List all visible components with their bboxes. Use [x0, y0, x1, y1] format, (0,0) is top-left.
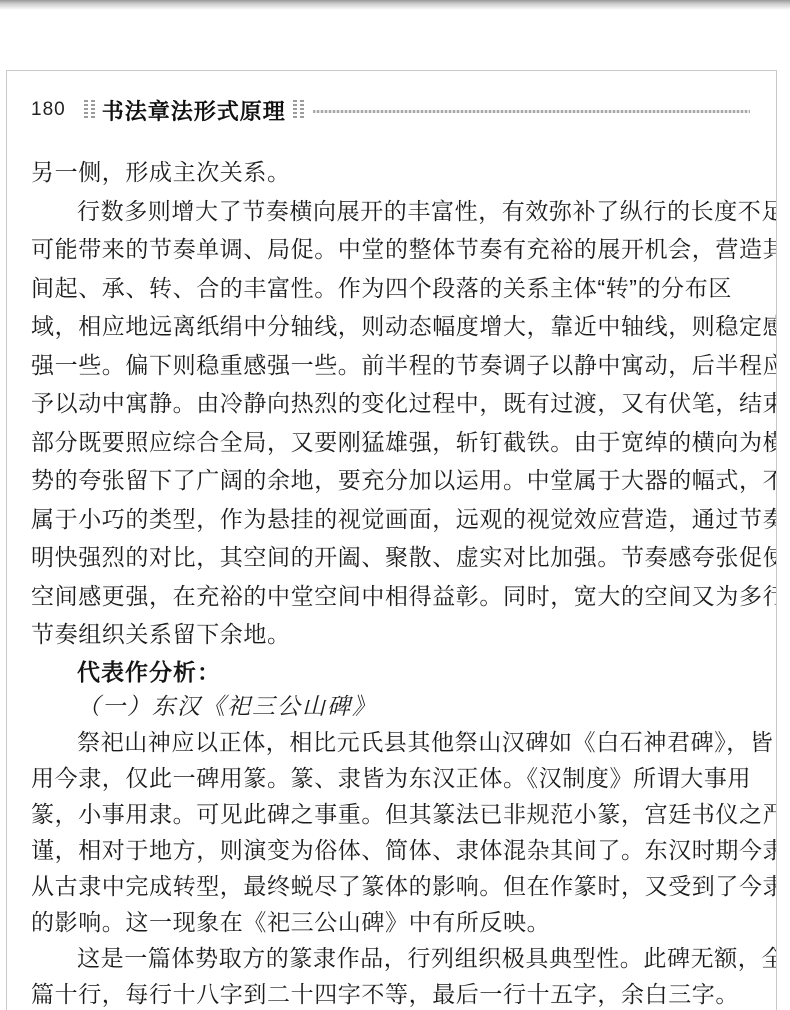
text-line: 明快强烈的对比，其空间的开阖、聚散、虚实对比加强。节奏感夸张促使 [31, 538, 763, 577]
section-heading: 代表作分析： [31, 654, 763, 690]
ornament-strip [84, 100, 88, 120]
text-line: 用今隶，仅此一碑用篆。篆、隶皆为东汉正体。《汉制度》所谓大事用 [31, 760, 763, 796]
text-line: 部分既要照应综合全局，又要刚猛雄强，斩钉截铁。由于宽绰的横向为横 [31, 423, 763, 462]
paragraph: 行数多则增大了节奏横向展开的丰富性，有效弥补了纵行的长度不足 可能带来的节奏单调… [31, 192, 763, 654]
text-line: 间起、承、转、合的丰富性。作为四个段落的关系主体“转”的分布区 [31, 269, 763, 308]
text-line: 从古隶中完成转型，最终蜕尽了篆体的影响。但在作篆时，又受到了今隶 [31, 868, 763, 904]
book-title: 书法章法形式原理 [102, 95, 286, 126]
ornament-strip [293, 100, 297, 120]
text-line: 可能带来的节奏单调、局促。中堂的整体节奏有充裕的展开机会，营造其 [31, 230, 763, 269]
ornament-strip [91, 100, 95, 120]
text-line: 这是一篇体势取方的篆隶作品，行列组织极具典型性。此碑无额，全 [31, 940, 763, 976]
paragraph: 另一侧，形成主次关系。 [31, 153, 763, 192]
text-line: 另一侧，形成主次关系。 [31, 153, 763, 192]
ornament-bars-icon [293, 100, 304, 120]
text-line: 篆，小事用隶。可见此碑之事重。但其篆法已非规范小篆，宫廷书仪之严 [31, 796, 763, 832]
page-header: 180 书法章法形式原理 [7, 97, 776, 123]
page-top-shadow [0, 0, 790, 10]
ornament-strip [300, 100, 304, 120]
text-line: 空间感更强，在充裕的中堂空间中相得益彰。同时，宽大的空间又为多行 [31, 577, 763, 616]
text-line: 节奏组织关系留下余地。 [31, 615, 763, 654]
page-number: 180 [31, 99, 66, 121]
text-line: 祭祀山神应以正体，相比元氏县其他祭山汉碑如《白石神君碑》，皆 [31, 724, 763, 760]
ornament-bars-icon [84, 100, 95, 120]
paragraph: 祭祀山神应以正体，相比元氏县其他祭山汉碑如《白石神君碑》，皆 用今隶，仅此一碑用… [31, 724, 763, 940]
text-line: 域，相应地远离纸绢中分轴线，则动态幅度增大，靠近中轴线，则稳定感 [31, 307, 763, 346]
text-line: 势的夸张留下了广阔的余地，要充分加以运用。中堂属于大器的幅式，不 [31, 461, 763, 500]
header-dashed-rule [313, 110, 750, 113]
paragraph: 这是一篇体势取方的篆隶作品，行列组织极具典型性。此碑无额，全 篇十行，每行十八字… [31, 940, 763, 1001]
text-line: 谨，相对于地方，则演变为俗体、简体、隶体混杂其间了。东汉时期今隶 [31, 832, 763, 868]
text-line: 篇十行，每行十八字到二十四字不等，最后一行十五字，余白三字。 [31, 976, 763, 1001]
text-line: 行数多则增大了节奏横向展开的丰富性，有效弥补了纵行的长度不足 [31, 192, 763, 231]
text-line: 的影响。这一现象在《祀三公山碑》中有所反映。 [31, 904, 763, 940]
text-line: 属于小巧的类型，作为悬挂的视觉画面，远观的视觉效应营造，通过节奏 [31, 500, 763, 539]
text-line: 强一些。偏下则稳重感强一些。前半程的节奏调子以静中寓动，后半程应 [31, 346, 763, 385]
subsection-heading: （一）东汉《祀三公山碑》 [31, 690, 763, 724]
text-line: 予以动中寓静。由冷静向热烈的变化过程中，既有过渡，又有伏笔，结束 [31, 384, 763, 423]
page-content: 另一侧，形成主次关系。 行数多则增大了节奏横向展开的丰富性，有效弥补了纵行的长度… [7, 153, 776, 1000]
book-page: 180 书法章法形式原理 另一侧，形成主次关系。 行数多则增大了节奏横向展开的丰… [6, 70, 777, 1000]
